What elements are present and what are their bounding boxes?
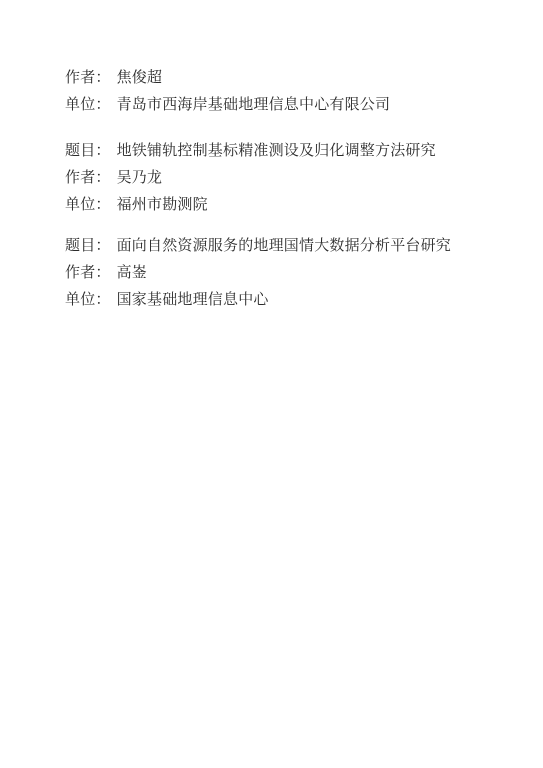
author-label: 作者： xyxy=(65,168,111,186)
entry-section: 作者：焦俊超 单位：青岛市西海岸基础地理信息中心有限公司 xyxy=(65,64,513,118)
author-label: 作者： xyxy=(65,263,111,281)
author-value: 高崟 xyxy=(117,263,147,281)
entry-row-affiliation: 单位：青岛市西海岸基础地理信息中心有限公司 xyxy=(65,91,513,118)
author-label: 作者： xyxy=(65,68,111,86)
entry-row-affiliation: 单位：国家基础地理信息中心 xyxy=(65,286,513,313)
entry-row-author: 作者：高崟 xyxy=(65,259,513,286)
entry-row-author: 作者：吴乃龙 xyxy=(65,164,513,191)
author-value: 焦俊超 xyxy=(117,68,163,86)
document-content: 作者：焦俊超 单位：青岛市西海岸基础地理信息中心有限公司 题目：地铁铺轨控制基标… xyxy=(65,64,513,313)
affiliation-label: 单位： xyxy=(65,195,111,213)
entry-row-title: 题目：地铁铺轨控制基标精准测设及归化调整方法研究 xyxy=(65,137,513,164)
title-label: 题目： xyxy=(65,141,111,159)
author-value: 吴乃龙 xyxy=(117,168,163,186)
entry-row-affiliation: 单位：福州市勘测院 xyxy=(65,191,513,218)
affiliation-value: 福州市勘测院 xyxy=(117,195,208,213)
title-value: 面向自然资源服务的地理国情大数据分析平台研究 xyxy=(117,236,451,254)
entry-row-title: 题目：面向自然资源服务的地理国情大数据分析平台研究 xyxy=(65,232,513,259)
affiliation-label: 单位： xyxy=(65,95,111,113)
entry-row-author: 作者：焦俊超 xyxy=(65,64,513,91)
title-value: 地铁铺轨控制基标精准测设及归化调整方法研究 xyxy=(117,141,436,159)
entry-section: 题目：地铁铺轨控制基标精准测设及归化调整方法研究 作者：吴乃龙 单位：福州市勘测… xyxy=(65,137,513,218)
document-page: 作者：焦俊超 单位：青岛市西海岸基础地理信息中心有限公司 题目：地铁铺轨控制基标… xyxy=(0,0,543,768)
affiliation-value: 国家基础地理信息中心 xyxy=(117,290,269,308)
entry-section: 题目：面向自然资源服务的地理国情大数据分析平台研究 作者：高崟 单位：国家基础地… xyxy=(65,232,513,313)
title-label: 题目： xyxy=(65,236,111,254)
affiliation-label: 单位： xyxy=(65,290,111,308)
affiliation-value: 青岛市西海岸基础地理信息中心有限公司 xyxy=(117,95,391,113)
